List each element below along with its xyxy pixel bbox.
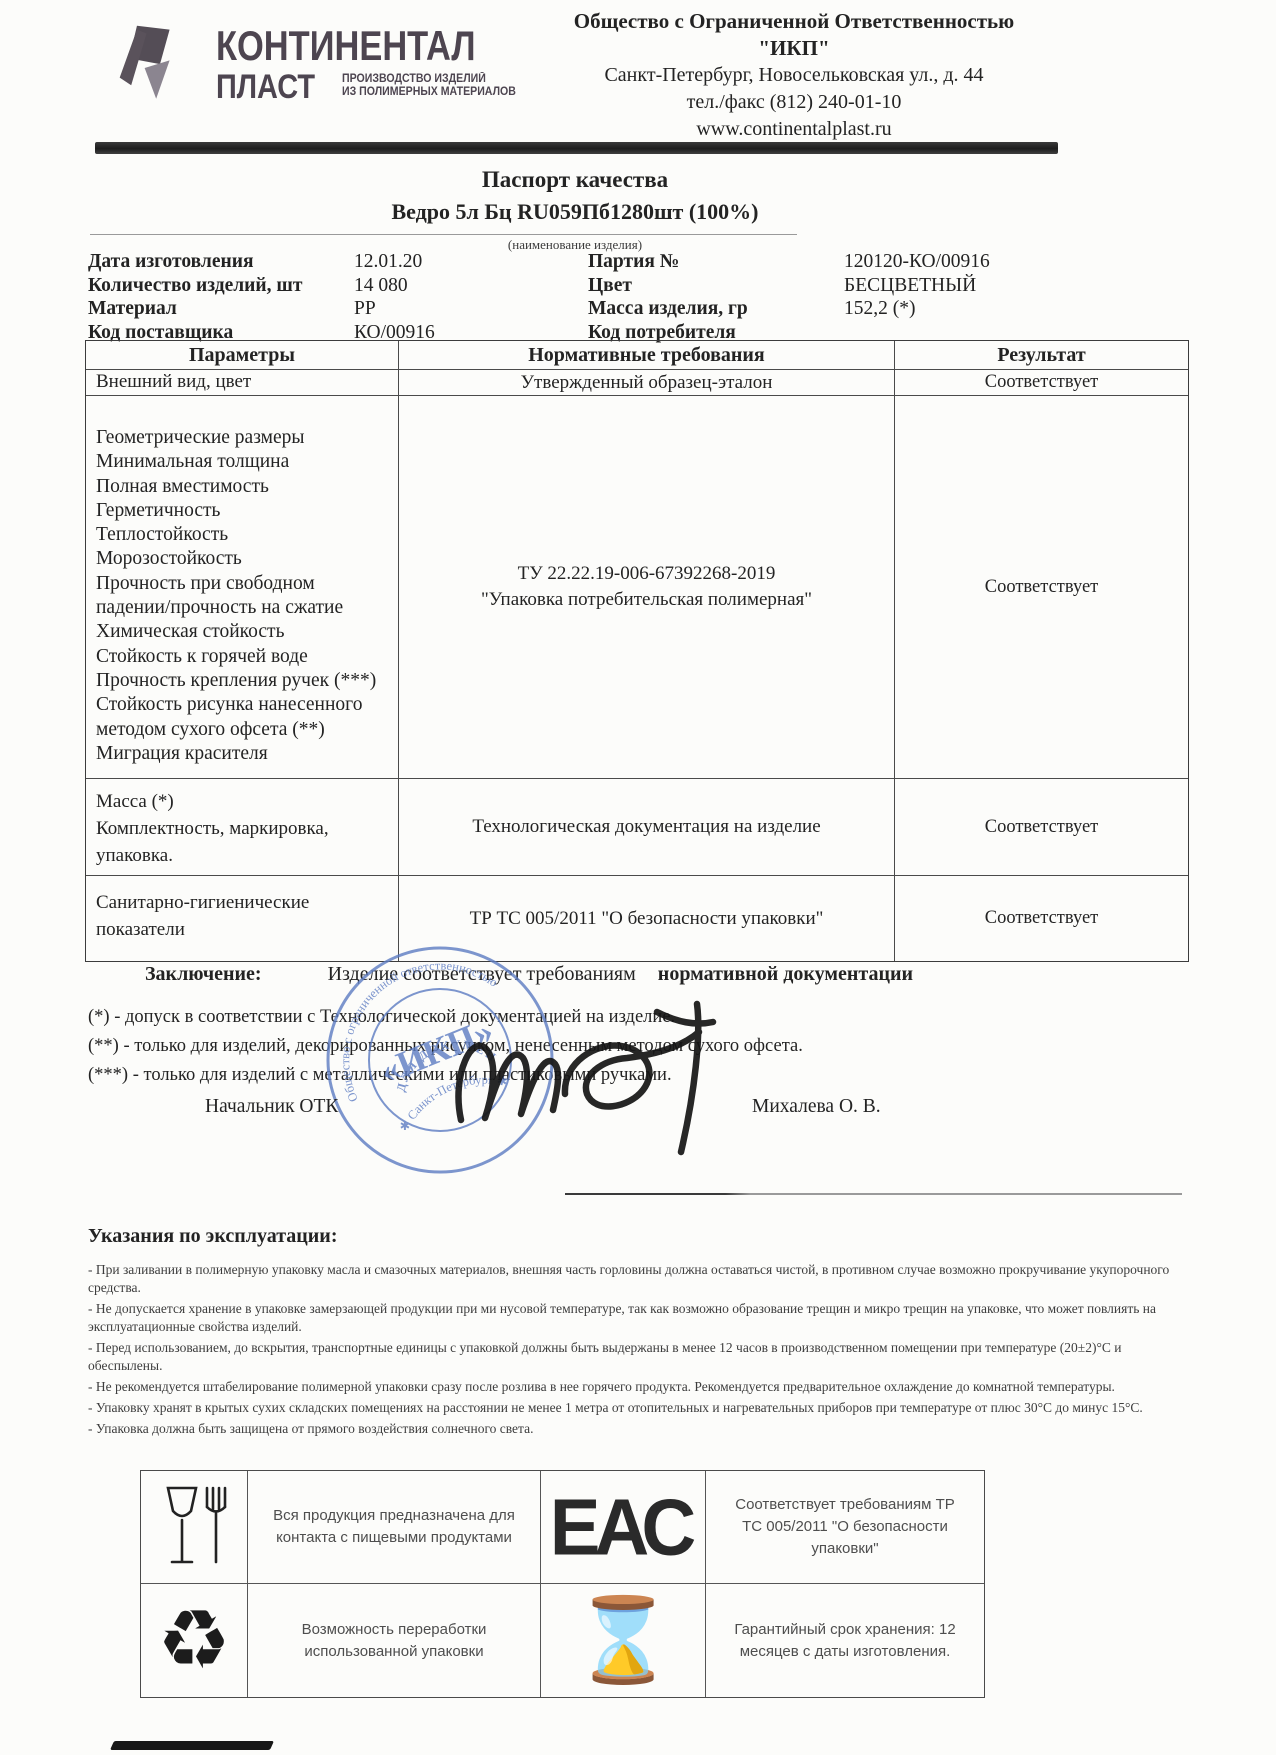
usage-instructions: - При заливании в полимерную упаковку ма…	[88, 1261, 1196, 1441]
field-mass-label: Масса изделия, гр	[588, 297, 844, 321]
conclusion-label: Заключение:	[145, 963, 262, 985]
scan-artifact	[110, 1741, 274, 1750]
usage-item-4: - Не рекомендуется штабелирование полиме…	[88, 1378, 1196, 1396]
field-qty-value: 14 080	[354, 274, 588, 298]
company-phone: тел./факс (812) 240-01-10	[478, 89, 1110, 116]
field-date-label: Дата изготовления	[88, 250, 354, 274]
signature-line	[565, 1193, 1182, 1195]
eac-cert-text: Соответствует требованиям ТР ТС 005/2011…	[706, 1471, 984, 1584]
field-material-label: Материал	[88, 297, 354, 321]
continental-plast-logo-icon	[112, 20, 208, 116]
company-website: www.continentalplast.ru	[478, 116, 1110, 143]
glass-fork-icon	[161, 1483, 227, 1571]
page-title: Паспорт качества	[85, 167, 1065, 193]
shelf-life-text: Гарантийный срок хранения: 12 месяцев с …	[706, 1584, 984, 1697]
row3-result: Соответствует	[895, 779, 1188, 876]
eac-cell: ЕАС	[541, 1471, 706, 1584]
header-divider	[95, 142, 1058, 154]
recycle-cell: ♻	[141, 1584, 248, 1697]
usage-heading: Указания по эксплуатации:	[88, 1225, 338, 1248]
company-org-type: Общество с Ограниченной Ответственностью	[478, 8, 1110, 35]
row2-parameters: Геометрические размеры Минимальная толщи…	[86, 396, 399, 779]
col-header-parameters: Параметры	[86, 341, 399, 370]
col-header-result: Результат	[895, 341, 1188, 370]
field-batch-value: 120120-КО/00916	[844, 250, 1188, 274]
usage-item-5: - Упаковку хранят в крытых сухих складск…	[88, 1399, 1196, 1417]
hourglass-icon: ⌛	[572, 1600, 674, 1682]
handwritten-signature	[445, 982, 745, 1182]
field-mass-value: 152,2 (*)	[844, 297, 1188, 321]
product-name-underline	[90, 234, 797, 235]
col-header-requirements: Нормативные требования	[399, 341, 895, 370]
usage-item-1: - При заливании в полимерную упаковку ма…	[88, 1261, 1196, 1297]
field-batch-label: Партия №	[588, 250, 844, 274]
company-name: "ИКП"	[478, 35, 1110, 62]
recycling-icon: ♻	[157, 1600, 231, 1682]
usage-item-6: - Упаковка должна быть защищена от прямо…	[88, 1420, 1196, 1438]
signer-name: Михалева О. В.	[752, 1096, 881, 1118]
recycle-text: Возможность переработки использованной у…	[248, 1584, 541, 1697]
field-qty-label: Количество изделий, шт	[88, 274, 354, 298]
row1-result: Соответствует	[895, 370, 1188, 396]
company-address: Санкт-Петербург, Новосельковская ул., д.…	[478, 62, 1110, 89]
row3-parameters: Масса (*) Комплектность, маркировка, упа…	[86, 779, 399, 876]
row4-result: Соответствует	[895, 876, 1188, 961]
food-safe-text: Вся продукция предназначена для контакта…	[248, 1471, 541, 1584]
pictogram-table: Вся продукция предназначена для контакта…	[140, 1470, 985, 1698]
usage-item-3: - Перед использованием, до вскрытия, тра…	[88, 1339, 1196, 1375]
info-fields: Дата изготовления 12.01.20 Партия № 1201…	[88, 250, 1188, 344]
field-date-value: 12.01.20	[354, 250, 588, 274]
row2-result: Соответствует	[895, 396, 1188, 779]
product-name: Ведро 5л Бц RU059Пб1280шт (100%)	[85, 199, 1065, 225]
company-info: Общество с Ограниченной Ответственностью…	[478, 8, 1110, 143]
logo-title: КОНТИНЕНТАЛ	[216, 24, 476, 68]
hourglass-cell: ⌛	[541, 1584, 706, 1697]
food-safe-cell	[141, 1471, 248, 1584]
logo-subtitle: ПЛАСТ	[216, 70, 315, 104]
field-color-label: Цвет	[588, 274, 844, 298]
row1-parameters: Внешний вид, цвет	[86, 370, 399, 396]
usage-item-2: - Не допускается хранение в упаковке зам…	[88, 1300, 1196, 1336]
row2-requirement: ТУ 22.22.19-006-67392268-2019 "Упаковка …	[399, 396, 895, 779]
row3-requirement: Технологическая документация на изделие	[399, 779, 895, 876]
signer-position-label: Начальник ОТК	[205, 1096, 338, 1118]
quality-table: Параметры Нормативные требования Результ…	[85, 340, 1189, 962]
field-color-value: БЕСЦВЕТНЫЙ	[844, 274, 1188, 298]
field-material-value: PP	[354, 297, 588, 321]
quality-passport-page: КОНТИНЕНТАЛ ПЛАСТ ПРОИЗВОДСТВО ИЗДЕЛИЙ И…	[0, 0, 1276, 1755]
row1-requirement: Утвержденный образец-эталон	[399, 370, 895, 396]
eac-mark: ЕАС	[550, 1481, 697, 1572]
